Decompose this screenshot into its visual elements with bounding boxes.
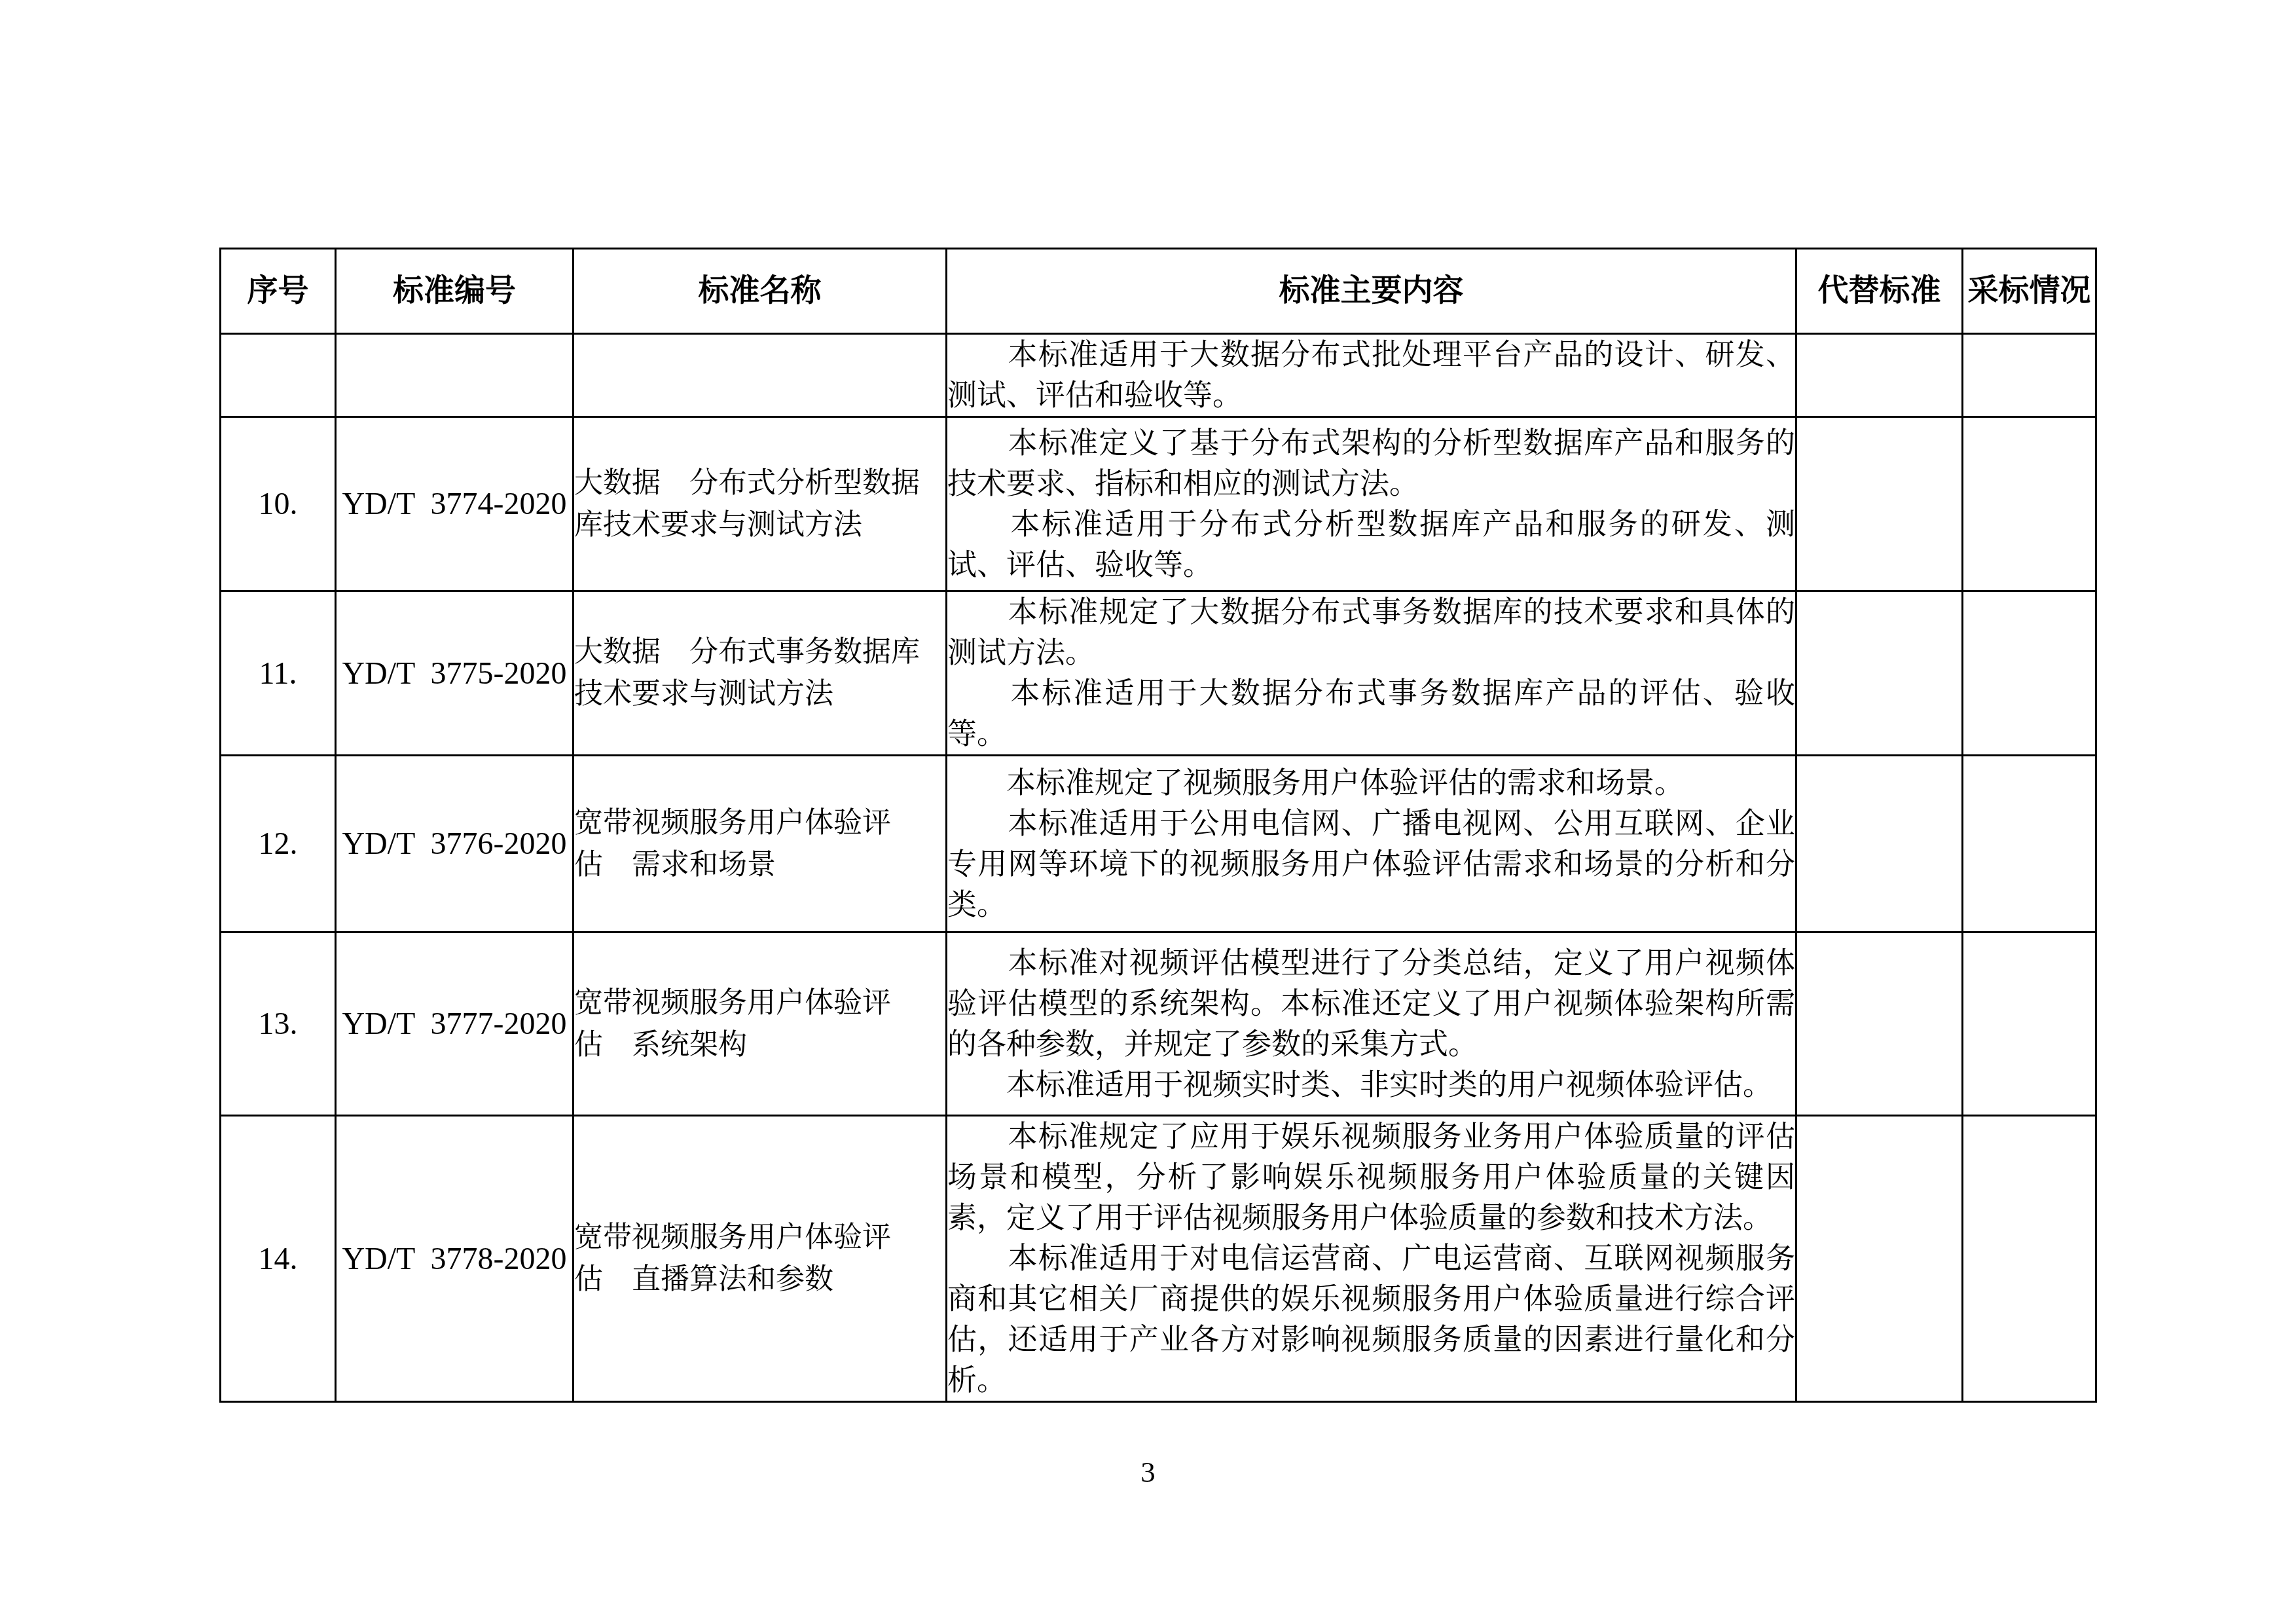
name-cell: 宽带视频服务用户体验评 估 系统架构 <box>574 932 947 1116</box>
replaced-standard-cell <box>1796 756 1963 932</box>
adoption-status-cell <box>1963 334 2096 417</box>
serial-cell: 11. <box>221 591 336 756</box>
col-header-standard-name: 标准名称 <box>574 249 947 334</box>
code-cell: YD/T 3778-2020 <box>336 1116 574 1402</box>
content-cell: 本标准对视频评估模型进行了分类总结，定义了用户视频体验评估模型的系统架构。本标准… <box>947 932 1796 1116</box>
col-header-standard-code: 标准编号 <box>336 249 574 334</box>
name-cell <box>574 334 947 417</box>
standards-table: 序号 标准编号 标准名称 标准主要内容 代替标准 采标情况 本标准适用于大数据分… <box>219 248 2097 1403</box>
name-cell: 大数据 分布式事务数据库 技术要求与测试方法 <box>574 591 947 756</box>
adoption-status-cell <box>1963 591 2096 756</box>
name-cell: 宽带视频服务用户体验评 估 直播算法和参数 <box>574 1116 947 1402</box>
adoption-status-cell <box>1963 417 2096 591</box>
table-row-11: 11. YD/T 3775-2020 大数据 分布式事务数据库 技术要求与测试方… <box>221 591 2096 756</box>
content-cell: 本标准规定了大数据分布式事务数据库的技术要求和具体的测试方法。 本标准适用于大数… <box>947 591 1796 756</box>
serial-cell: 13. <box>221 932 336 1116</box>
replaced-standard-cell <box>1796 417 1963 591</box>
content-cell: 本标准规定了视频服务用户体验评估的需求和场景。 本标准适用于公用电信网、广播电视… <box>947 756 1796 932</box>
serial-cell: 10. <box>221 417 336 591</box>
replaced-standard-cell <box>1796 334 1963 417</box>
table-row-14: 14. YD/T 3778-2020 宽带视频服务用户体验评 估 直播算法和参数… <box>221 1116 2096 1402</box>
name-cell: 宽带视频服务用户体验评 估 需求和场景 <box>574 756 947 932</box>
col-header-adoption-status: 采标情况 <box>1963 249 2096 334</box>
replaced-standard-cell <box>1796 932 1963 1116</box>
replaced-standard-cell <box>1796 591 1963 756</box>
table-row-9-continuation: 本标准适用于大数据分布式批处理平台产品的设计、研发、测试、评估和验收等。 <box>221 334 2096 417</box>
replaced-standard-cell <box>1796 1116 1963 1402</box>
table-row-12: 12. YD/T 3776-2020 宽带视频服务用户体验评 估 需求和场景 本… <box>221 756 2096 932</box>
serial-cell <box>221 334 336 417</box>
content-cell: 本标准定义了基于分布式架构的分析型数据库产品和服务的技术要求、指标和相应的测试方… <box>947 417 1796 591</box>
code-cell: YD/T 3777-2020 <box>336 932 574 1116</box>
content-cell: 本标准适用于大数据分布式批处理平台产品的设计、研发、测试、评估和验收等。 <box>947 334 1796 417</box>
adoption-status-cell <box>1963 1116 2096 1402</box>
code-cell <box>336 334 574 417</box>
serial-cell: 14. <box>221 1116 336 1402</box>
document-page: 序号 标准编号 标准名称 标准主要内容 代替标准 采标情况 本标准适用于大数据分… <box>0 0 2296 1624</box>
page-number: 3 <box>0 1455 2296 1489</box>
name-cell: 大数据 分布式分析型数据 库技术要求与测试方法 <box>574 417 947 591</box>
code-cell: YD/T 3774-2020 <box>336 417 574 591</box>
serial-cell: 12. <box>221 756 336 932</box>
content-cell: 本标准规定了应用于娱乐视频服务业务用户体验质量的评估场景和模型，分析了影响娱乐视… <box>947 1116 1796 1402</box>
code-cell: YD/T 3775-2020 <box>336 591 574 756</box>
col-header-main-content: 标准主要内容 <box>947 249 1796 334</box>
col-header-replaced-standard: 代替标准 <box>1796 249 1963 334</box>
table-header-row: 序号 标准编号 标准名称 标准主要内容 代替标准 采标情况 <box>221 249 2096 334</box>
col-header-serial: 序号 <box>221 249 336 334</box>
table-row-13: 13. YD/T 3777-2020 宽带视频服务用户体验评 估 系统架构 本标… <box>221 932 2096 1116</box>
table-row-10: 10. YD/T 3774-2020 大数据 分布式分析型数据 库技术要求与测试… <box>221 417 2096 591</box>
adoption-status-cell <box>1963 756 2096 932</box>
adoption-status-cell <box>1963 932 2096 1116</box>
code-cell: YD/T 3776-2020 <box>336 756 574 932</box>
